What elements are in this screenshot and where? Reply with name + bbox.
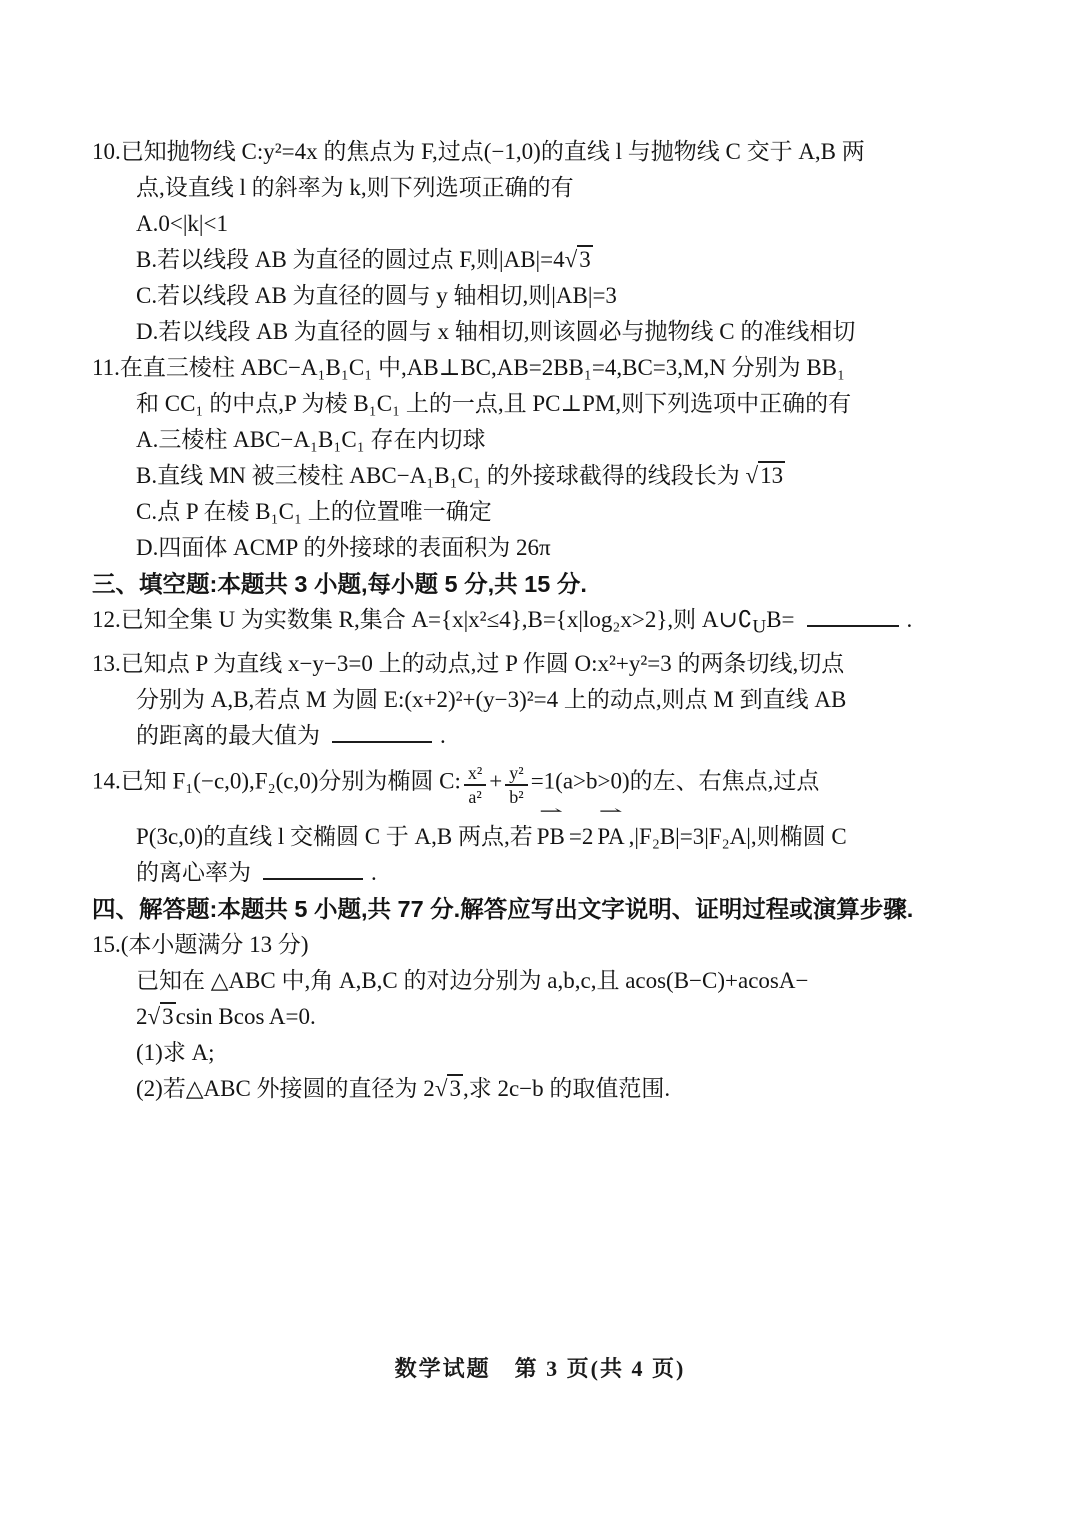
question-15-heading: 15.(本小题满分 13 分) [92,927,1002,963]
sqrt-radical: √3 [565,245,593,272]
question-10-option-d: D.若以线段 AB 为直径的圆与 x 轴相切,则该圆必与抛物线 C 的准线相切 [92,314,1002,350]
sqrt-radical: √3 [148,1002,176,1029]
sqrt-radical: √3 [435,1074,463,1101]
text-segment: (2)若△ABC 外接圆的直径为 2 [136,1076,435,1101]
numerator: x² [464,763,486,787]
radicand: 3 [577,245,593,272]
vector-letters: PA [597,824,624,849]
text-segment: . [907,607,913,632]
vector-arrow-icon: ⇀ [585,805,637,820]
text-segment: . [440,723,446,748]
text-segment: =1(a>b>0)的左、右焦点,过点 [531,768,820,793]
answer-blank [332,736,432,743]
radical-sign: √ [435,1076,448,1101]
question-10-option-b: B.若以线段 AB 为直径的圆过点 F,则|AB|=4√3 [92,242,1002,278]
question-11-line-2: 和 CC₁ 的中点,P 为棱 B₁C₁ 上的一点,且 PC⊥PM,则下列选项中正… [92,386,1002,422]
vector-arrow-icon: ⇀ [524,805,577,820]
exam-page: 10.已知抛物线 C:y²=4x 的焦点为 F,过点(−1,0)的直线 l 与抛… [0,0,1080,1526]
question-15-item-1: (1)求 A; [92,1035,1002,1071]
fraction: y²b² [505,763,527,808]
numerator: y² [505,763,527,787]
question-15-line-3: 2√3csin Bcos A=0. [92,999,1002,1035]
answer-blank [263,873,363,880]
question-14-line-1: 14.已知 F₁(−c,0),F₂(c,0)分别为椭圆 C:x²a²+y²b²=… [92,763,1002,808]
radical-sign: √ [565,247,578,272]
question-14-line-2: P(3c,0)的直线 l 交椭圆 C 于 A,B 两点,若⇀PB=2⇀PA,|F… [92,819,1002,855]
text-segment: . [371,860,377,885]
fraction: x²a² [464,763,486,808]
sqrt-radical: √13 [746,461,786,488]
text-segment: P(3c,0)的直线 l 交椭圆 C 于 A,B 两点,若 [136,824,533,849]
text-segment: 14.已知 F₁(−c,0),F₂(c,0)分别为椭圆 C: [92,768,461,793]
vector-overline: ⇀PB [537,819,565,855]
question-10-line-2: 点,设直线 l 的斜率为 k,则下列选项正确的有 [92,170,1002,206]
denominator: a² [464,786,486,808]
section-solve-header: 四、解答题:本题共 5 小题,共 77 分.解答应写出文字说明、证明过程或演算步… [92,891,1002,927]
question-10-option-c: C.若以线段 AB 为直径的圆与 y 轴相切,则|AB|=3 [92,278,1002,314]
question-12-line: 12.已知全集 U 为实数集 R,集合 A={x|x²≤4},B={x|log₂… [92,602,1002,646]
exam-content: 10.已知抛物线 C:y²=4x 的焦点为 F,过点(−1,0)的直线 l 与抛… [92,134,1002,1107]
radicand: 13 [758,461,785,488]
answer-blank [807,620,899,627]
question-13-line-2: 分别为 A,B,若点 M 为圆 E:(x+2)²+(y−3)²=4 上的动点,则… [92,682,1002,718]
text-segment: 2 [136,1004,148,1029]
plus-sign: + [489,768,502,793]
question-10-line-1: 10.已知抛物线 C:y²=4x 的焦点为 F,过点(−1,0)的直线 l 与抛… [92,134,1002,170]
question-15-line-2: 已知在 △ABC 中,角 A,B,C 的对边分别为 a,b,c,且 acos(B… [92,963,1002,999]
complement-subscript: U [752,617,766,638]
question-11-option-a: A.三棱柱 ABC−A₁B₁C₁ 存在内切球 [92,422,1002,458]
text-segment: B.若以线段 AB 为直径的圆过点 F,则|AB|=4 [136,247,565,272]
text-segment: 的离心率为 [136,860,251,885]
question-14-line-3: 的离心率为. [92,855,1002,891]
question-13-line-3: 的距离的最大值为. [92,718,1002,754]
vector-letters: PB [537,824,565,849]
question-15-item-2: (2)若△ABC 外接圆的直径为 2√3,求 2c−b 的取值范围. [92,1071,1002,1107]
text-segment: =2 [569,824,593,849]
text-segment: ,求 2c−b 的取值范围. [463,1076,670,1101]
question-13-line-1: 13.已知点 P 为直线 x−y−3=0 上的动点,过 P 作圆 O:x²+y²… [92,646,1002,682]
text-segment: B.直线 MN 被三棱柱 ABC−A₁B₁C₁ 的外接球截得的线段长为 [136,463,746,488]
footer-page-label: 数学试题 第 3 页(共 4 页) [0,1352,1080,1383]
vector-overline: ⇀PA [597,819,624,855]
question-11-option-b: B.直线 MN 被三棱柱 ABC−A₁B₁C₁ 的外接球截得的线段长为 √13 [92,458,1002,494]
radical-sign: √ [148,1004,161,1029]
section-fill-in-header: 三、填空题:本题共 3 小题,每小题 5 分,共 15 分. [92,566,1002,602]
question-10-option-a: A.0<|k|<1 [92,206,1002,242]
text-segment: 12.已知全集 U 为实数集 R,集合 A={x|x²≤4},B={x|log₂… [92,607,752,632]
radical-sign: √ [746,463,759,488]
question-11-option-c: C.点 P 在棱 B₁C₁ 上的位置唯一确定 [92,494,1002,530]
question-11-line-1: 11.在直三棱柱 ABC−A₁B₁C₁ 中,AB⊥BC,AB=2BB₁=4,BC… [92,350,1002,386]
radicand: 3 [447,1074,463,1101]
text-segment: 的距离的最大值为 [136,723,320,748]
question-11-option-d: D.四面体 ACMP 的外接球的表面积为 26π [92,530,1002,566]
text-segment: ,|F₂B|=3|F₂A|,则椭圆 C [629,824,847,849]
radicand: 3 [160,1002,176,1029]
text-segment: B= [766,607,794,632]
text-segment: csin Bcos A=0. [176,1004,316,1029]
